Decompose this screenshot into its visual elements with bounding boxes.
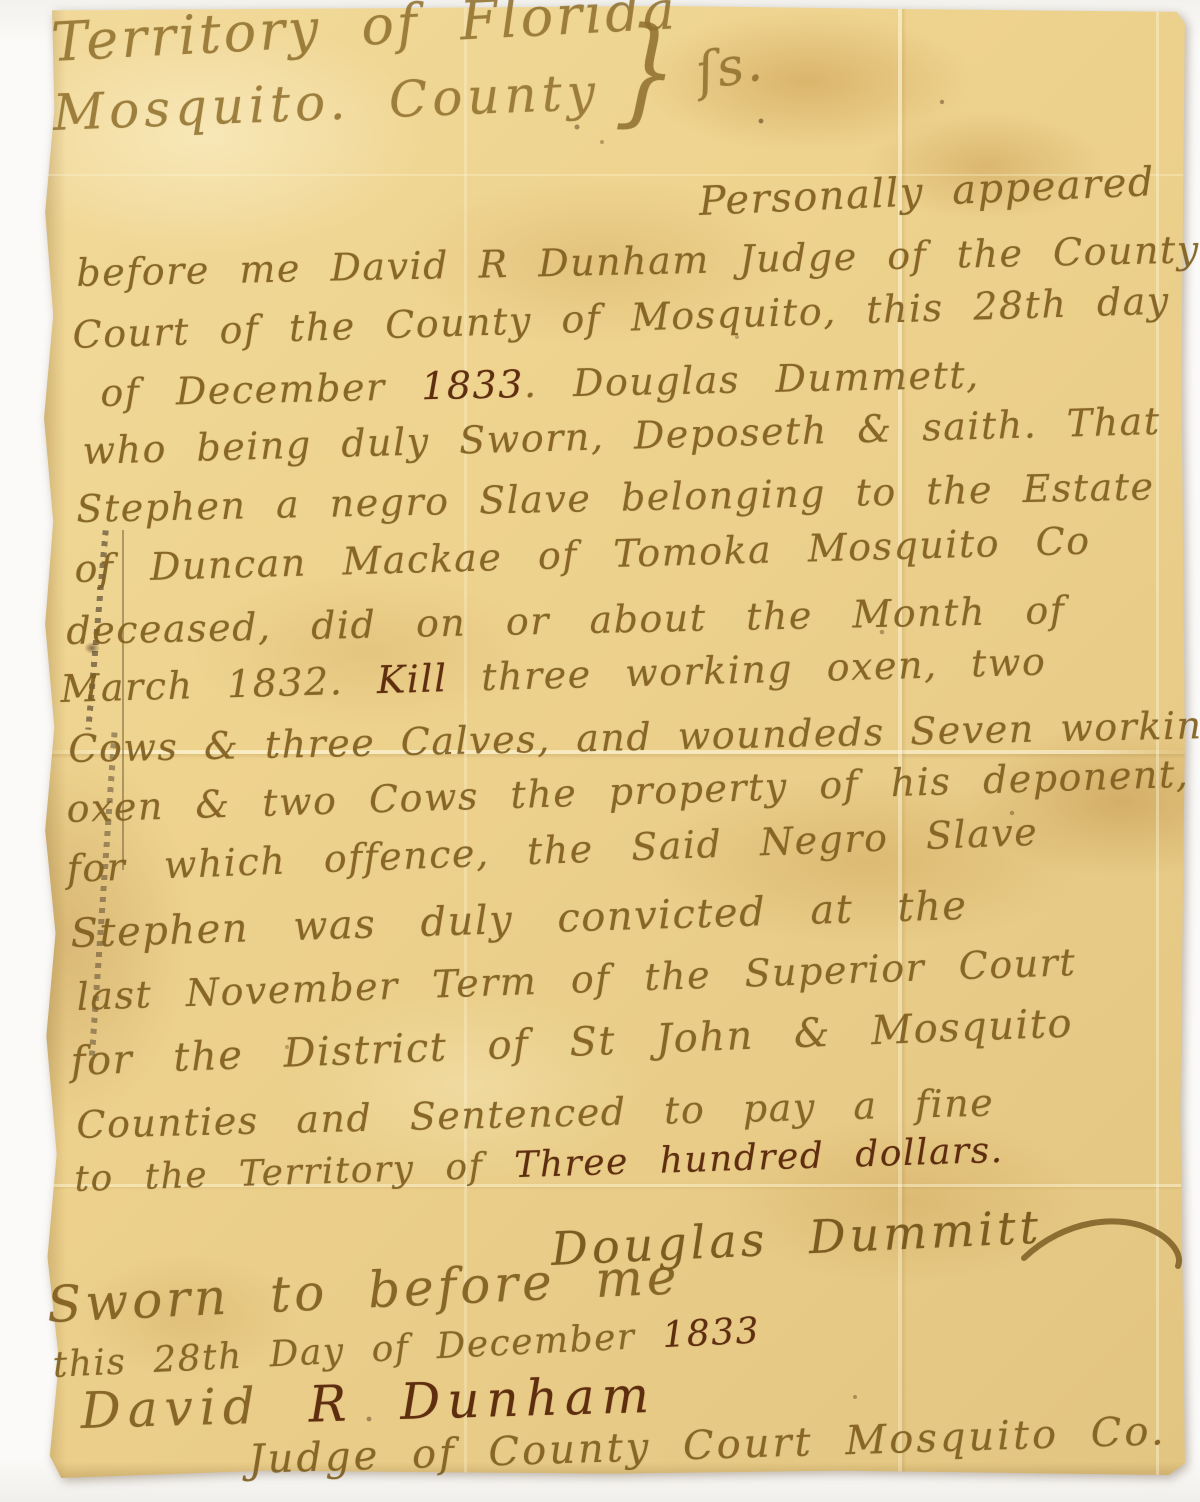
text-segment: March 1832.: [60, 658, 378, 711]
text-segment-dark-ink: R Dunham: [308, 1366, 657, 1434]
torn-edge-shading: [36, 6, 66, 1478]
text-segment-dark-ink: 1833: [421, 362, 525, 408]
scanned-document: Territory of Florida Mosquito. County } …: [0, 0, 1200, 1502]
text-segment: of December: [100, 364, 422, 415]
text-segment: David: [80, 1376, 310, 1440]
text-segment-dark-ink: Kill: [376, 656, 448, 702]
paper-speckles: [36, 6, 38, 8]
signature-flourish: [1020, 1212, 1188, 1280]
header-brace: }: [614, 10, 680, 131]
text-segment-dark-ink: 1833: [661, 1310, 761, 1356]
header-jurat-abbreviation: ſs.: [692, 36, 767, 99]
